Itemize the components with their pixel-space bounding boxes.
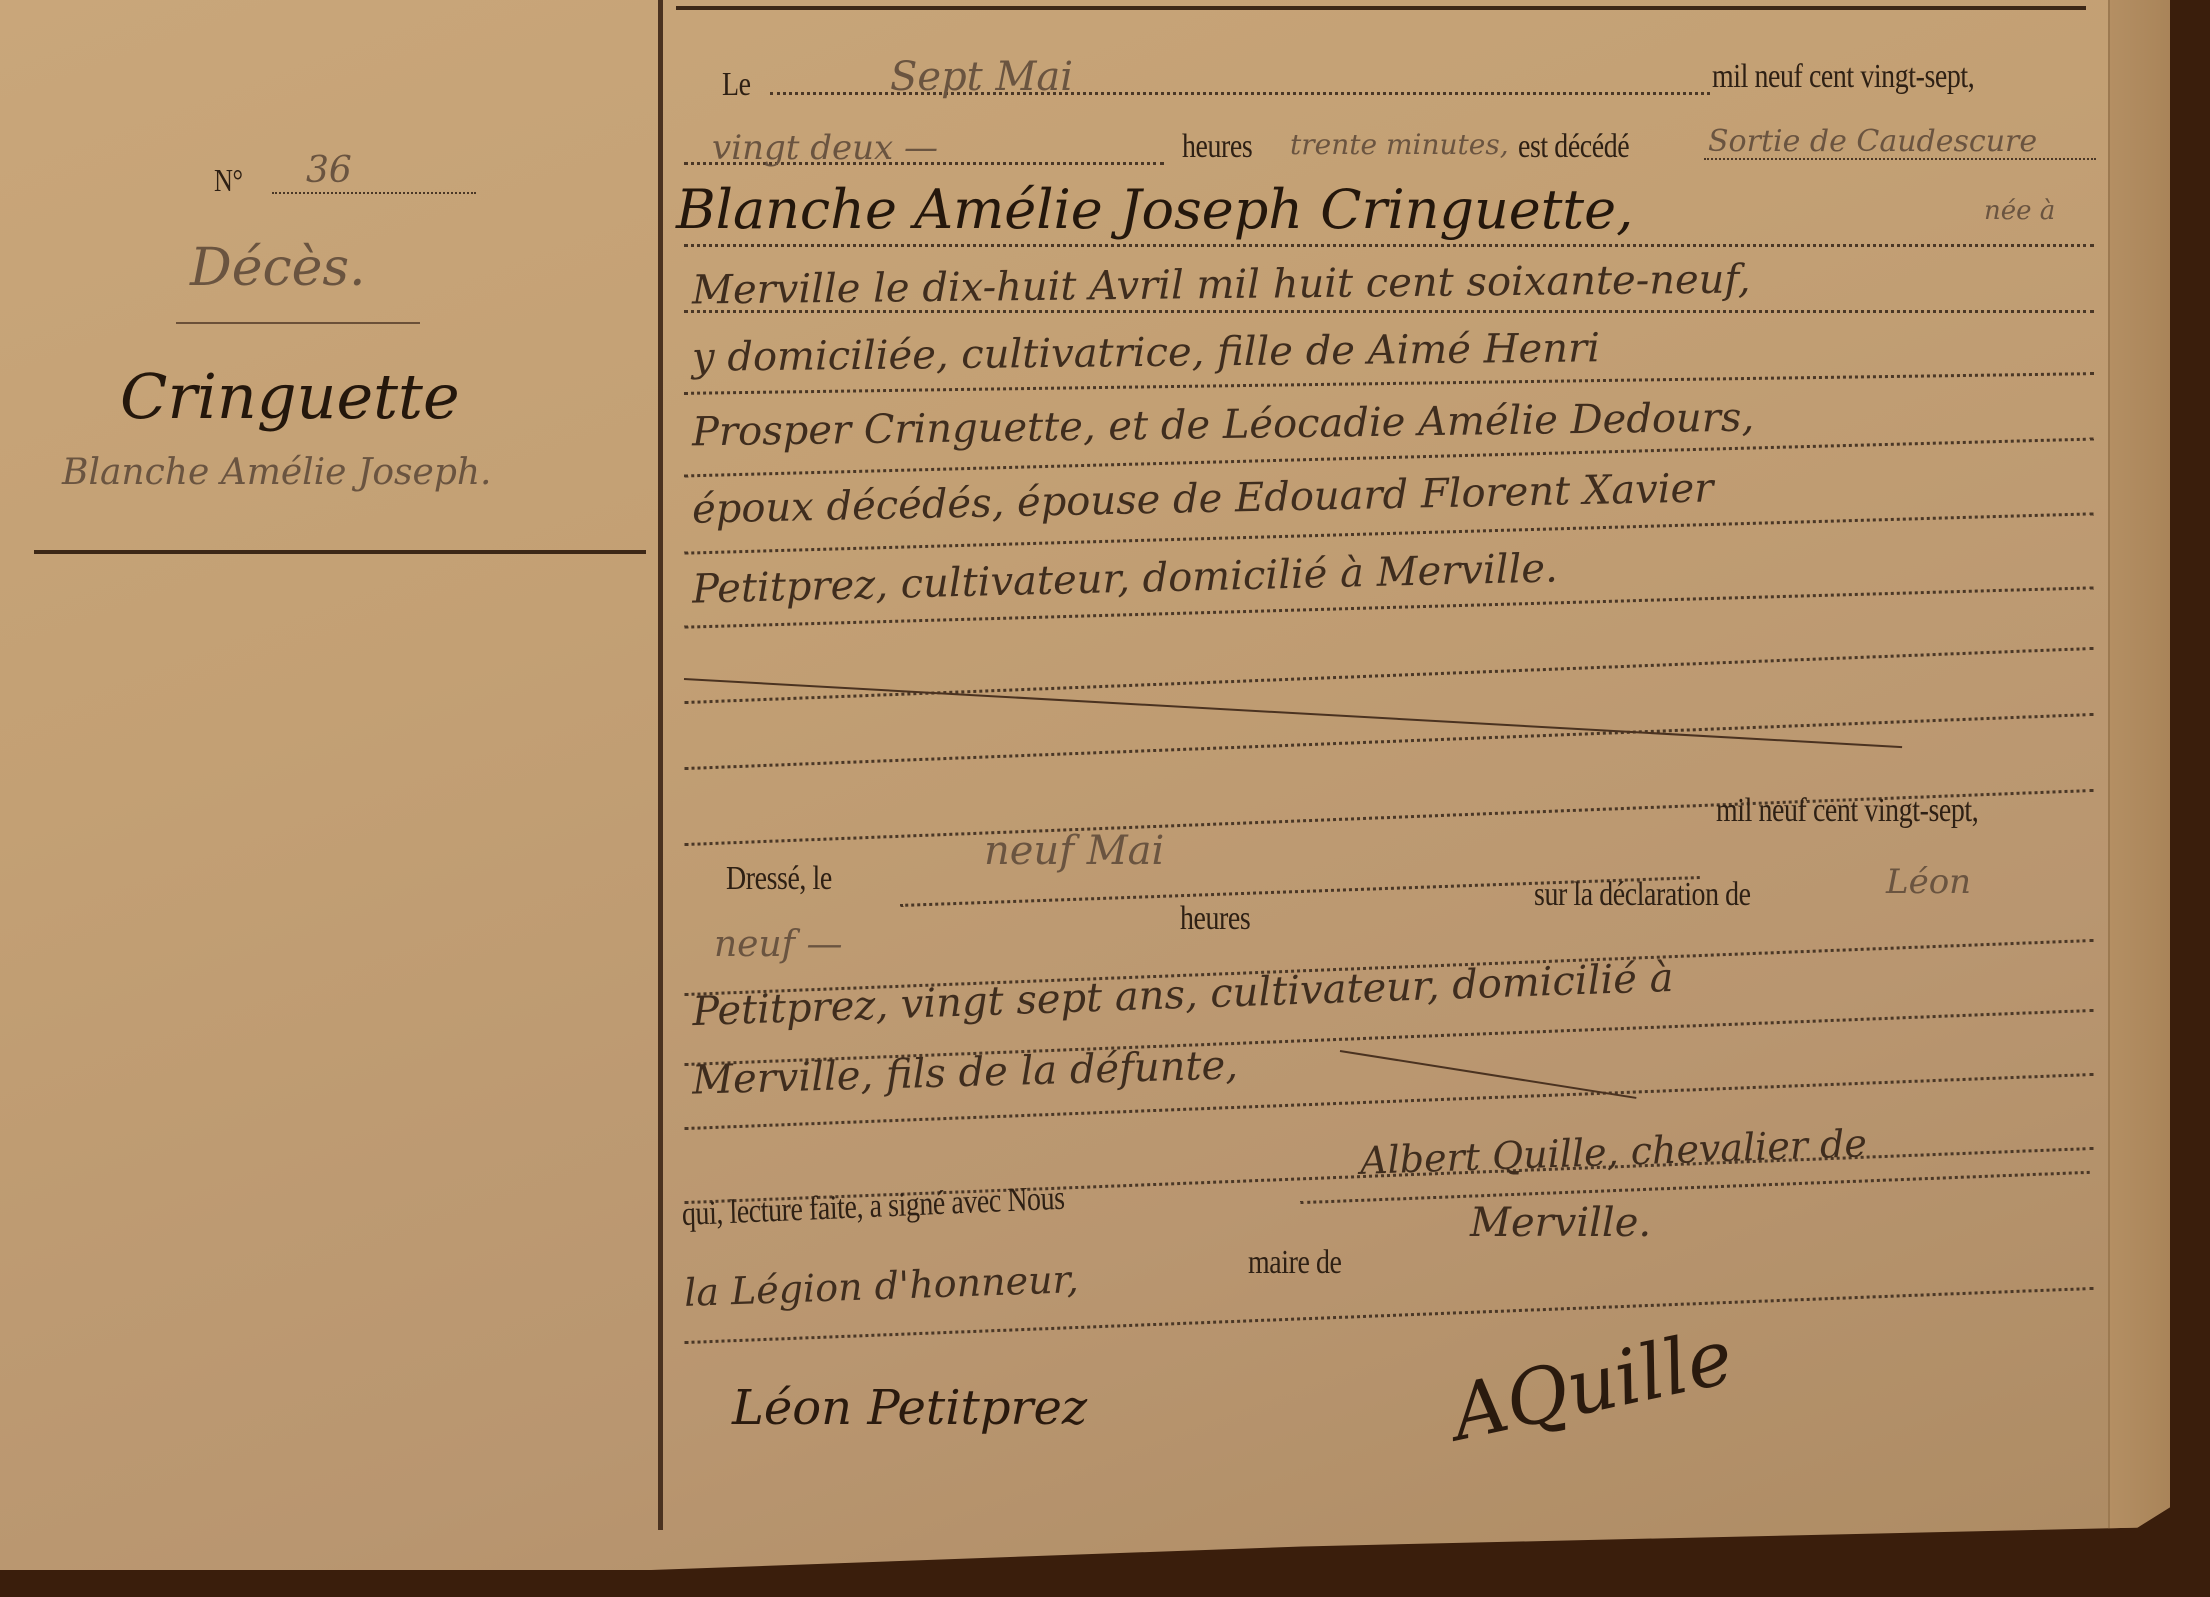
dotted-line — [684, 713, 2093, 770]
label-maire: maire de — [1248, 1244, 1341, 1282]
drafted-date: neuf Mai — [984, 828, 1164, 874]
act-line-parents-2: Prosper Cringuette, et de Léocadie Améli… — [692, 395, 1755, 456]
top-rule — [676, 6, 2086, 10]
dotted-line — [684, 647, 2093, 704]
dotted-line — [684, 310, 2094, 313]
drafted-label-heures: heures — [1180, 900, 1250, 938]
label-heures: heures — [1182, 128, 1252, 166]
death-hour: vingt deux — — [712, 128, 938, 168]
dotted-line — [1704, 158, 2096, 160]
cancel-stroke — [684, 678, 1902, 748]
death-place: Sortie de Caudescure — [1708, 124, 2037, 159]
margin-rule — [34, 550, 646, 554]
label-dresse: Dressé, le — [726, 860, 832, 898]
declarant-signature: Léon Petitprez — [732, 1380, 1087, 1436]
label-year: mil neuf cent vingt-sept, — [1712, 58, 1974, 96]
label-declaration: sur la déclaration de — [1534, 876, 1751, 914]
act-line-birth: Merville le dix-huit Avril mil huit cent… — [692, 256, 1751, 313]
declarant-relation: Merville, fils de la défunte, — [691, 1042, 1238, 1103]
column-divider — [658, 0, 663, 1530]
label-decede: est décédé — [1518, 128, 1629, 166]
register-page: N° 36 Décès. Cringuette Blanche Amélie J… — [0, 0, 2170, 1570]
death-date: Sept Mai — [890, 54, 1073, 100]
drafted-hour: neuf — — [714, 924, 842, 965]
margin-given-names: Blanche Amélie Joseph. — [62, 452, 492, 493]
act-line-spouse: époux décédés, épouse de Edouard Florent… — [692, 465, 1714, 532]
label-signed: qui, lecture faite, a signé avec Nous — [681, 1180, 1065, 1234]
record-number: 36 — [306, 150, 352, 191]
declarant-first-name: Léon — [1886, 862, 1971, 902]
margin-surname: Cringuette — [120, 360, 460, 433]
mayor-town: Merville. — [1470, 1200, 1651, 1246]
drafted-label-year: mil neuf cent vingt-sept, — [1716, 792, 1978, 830]
official-name: Albert Quille, chevalier de — [1359, 1121, 1867, 1183]
legion-honour: la Légion d'honneur, — [683, 1257, 1079, 1315]
mayor-signature: AQuille — [1444, 1311, 1740, 1457]
death-minutes: trente minutes, — [1290, 128, 1509, 161]
record-type: Décès. — [190, 238, 366, 298]
cancel-stroke — [1340, 1050, 1637, 1099]
number-label: N° — [214, 162, 243, 199]
act-line-spouse-residence: Petitprez, cultivateur, domicilié à Merv… — [692, 545, 1559, 612]
page-edge — [2108, 0, 2170, 1570]
born-at: née à — [1984, 196, 2055, 226]
number-dotted-line — [272, 192, 476, 194]
act-line-parents-1: y domiciliée, cultivatrice, fille de Aim… — [692, 325, 1600, 381]
declarant-details: Petitprez, vingt sept ans, cultivateur, … — [691, 955, 1674, 1035]
dotted-line — [684, 244, 2094, 247]
deceased-name: Blanche Amélie Joseph Cringuette, — [676, 178, 1633, 241]
type-underline — [176, 322, 420, 324]
margin-column: N° 36 Décès. Cringuette Blanche Amélie J… — [0, 0, 660, 1570]
label-le: Le — [722, 66, 751, 104]
